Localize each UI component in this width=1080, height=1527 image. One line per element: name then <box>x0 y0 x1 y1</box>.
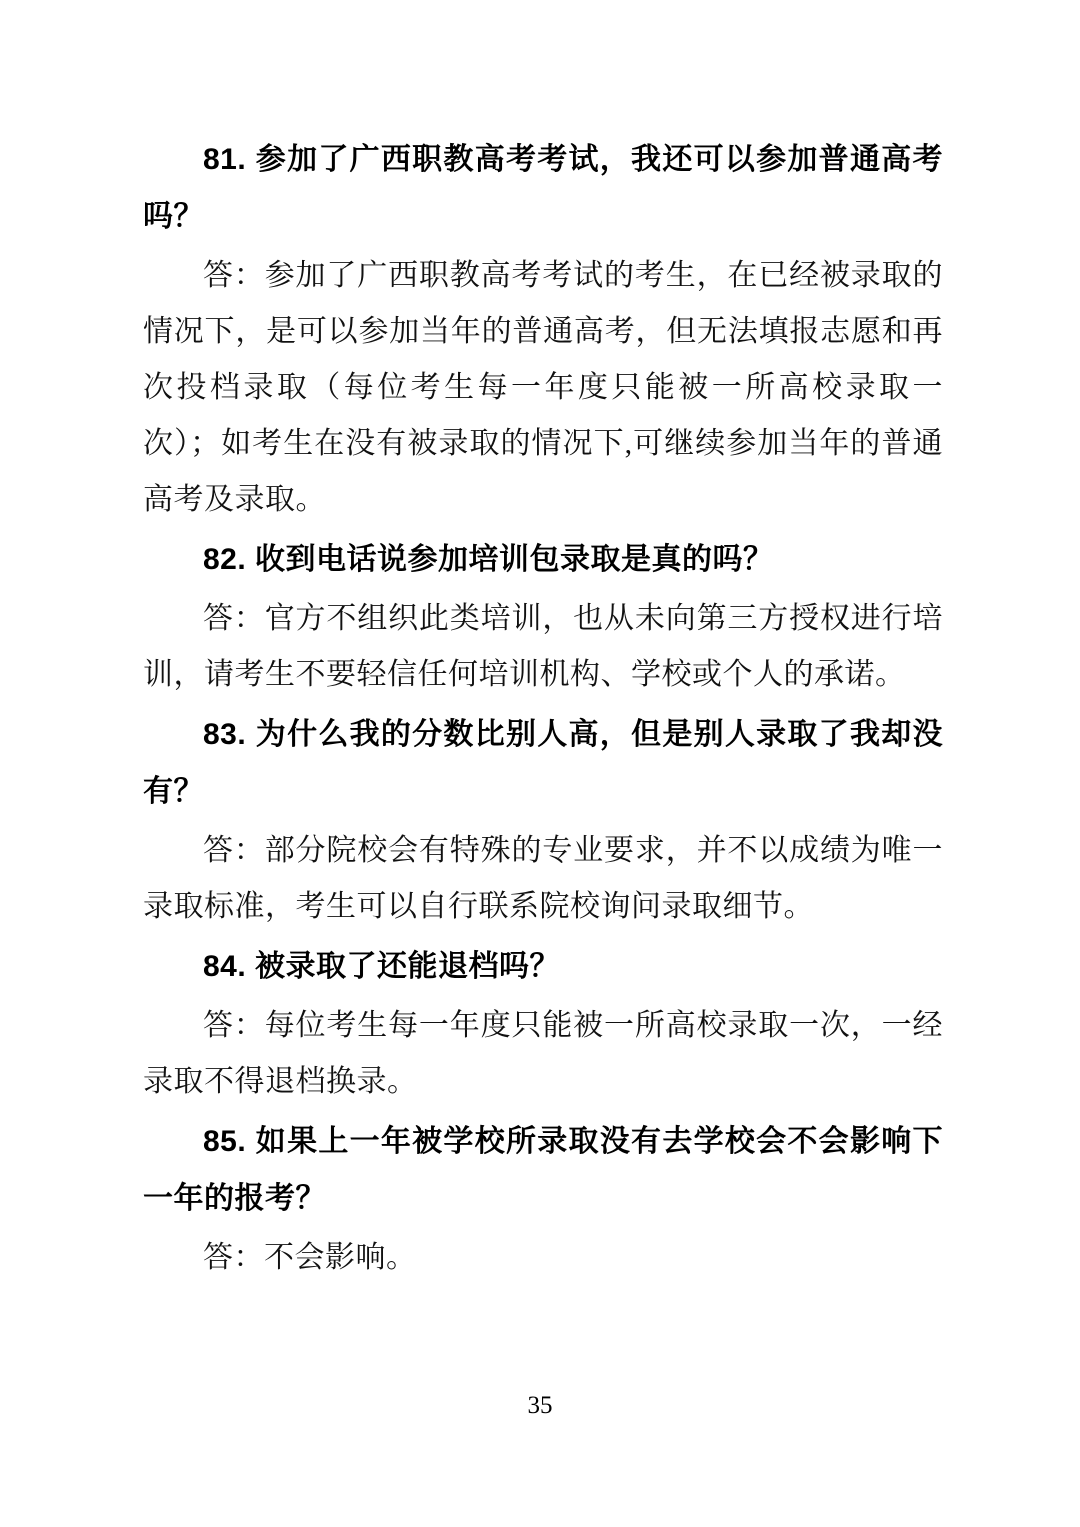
faq-answer: 答：每位考生每一年度只能被一所高校录取一次，一经录取不得退档换录。 <box>143 998 943 1110</box>
faq-answer: 答：官方不组织此类培训，也从未向第三方授权进行培训，请考生不要轻信任何培训机构、… <box>143 591 943 703</box>
faq-question: 82. 收到电话说参加培训包录取是真的吗？ <box>143 531 943 588</box>
faq-question: 85. 如果上一年被学校所录取没有去学校会不会影响下一年的报考？ <box>143 1113 943 1227</box>
document-page: 81. 参加了广西职教高考考试，我还可以参加普通高考吗？ 答：参加了广西职教高考… <box>0 0 1080 1527</box>
faq-answer: 答：参加了广西职教高考考试的考生，在已经被录取的情况下，是可以参加当年的普通高考… <box>143 248 943 528</box>
faq-item: 84. 被录取了还能退档吗？ 答：每位考生每一年度只能被一所高校录取一次，一经录… <box>143 938 943 1110</box>
faq-question: 81. 参加了广西职教高考考试，我还可以参加普通高考吗？ <box>143 131 943 245</box>
faq-item: 82. 收到电话说参加培训包录取是真的吗？ 答：官方不组织此类培训，也从未向第三… <box>143 531 943 703</box>
faq-question: 83. 为什么我的分数比别人高，但是别人录取了我却没有？ <box>143 706 943 820</box>
page-number: 35 <box>0 1392 1080 1420</box>
faq-item: 81. 参加了广西职教高考考试，我还可以参加普通高考吗？ 答：参加了广西职教高考… <box>143 131 943 528</box>
faq-item: 83. 为什么我的分数比别人高，但是别人录取了我却没有？ 答：部分院校会有特殊的… <box>143 706 943 935</box>
faq-answer: 答：部分院校会有特殊的专业要求，并不以成绩为唯一录取标准，考生可以自行联系院校询… <box>143 823 943 935</box>
faq-list: 81. 参加了广西职教高考考试，我还可以参加普通高考吗？ 答：参加了广西职教高考… <box>143 128 943 1289</box>
faq-question: 84. 被录取了还能退档吗？ <box>143 938 943 995</box>
faq-item: 85. 如果上一年被学校所录取没有去学校会不会影响下一年的报考？ 答：不会影响。 <box>143 1113 943 1286</box>
faq-answer: 答：不会影响。 <box>143 1230 943 1286</box>
